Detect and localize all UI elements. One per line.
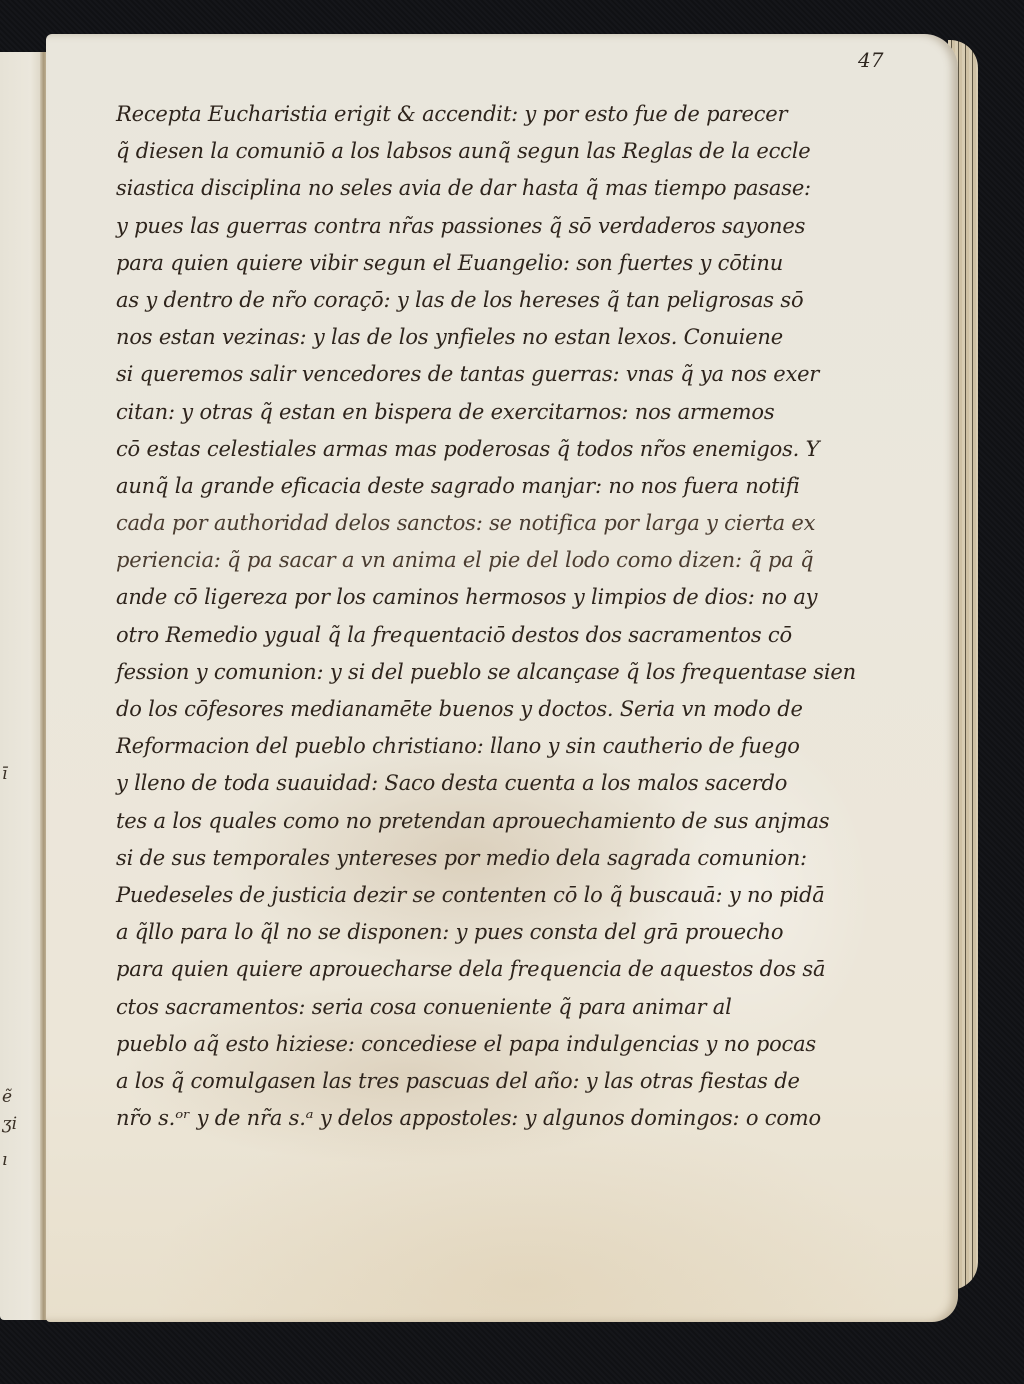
text-line: citan: y otras q̃ estan en bispera de ex… — [116, 394, 916, 431]
left-margin-fragment: ʒi — [2, 1114, 17, 1134]
text-line: otro Remedio ygual q̃ la frequentaciō de… — [116, 617, 916, 654]
manuscript-scene: ī ẽ ʒi ı 47 Recepta Eucharistia erigit &… — [0, 0, 1024, 1384]
text-line: tes a los quales como no pretendan aprou… — [116, 803, 916, 840]
text-line: periencia: q̃ pa sacar a vn anima el pie… — [116, 542, 916, 579]
text-line: si queremos salir vencedores de tantas g… — [116, 356, 916, 393]
text-line: Puedeseles de justicia dezir se contente… — [116, 877, 916, 914]
text-line: siastica disciplina no seles avia de dar… — [116, 170, 916, 207]
text-line: fession y comunion: y si del pueblo se a… — [116, 654, 916, 691]
left-margin-fragment: ī — [2, 764, 7, 784]
text-line: para quien quiere aprouecharse dela freq… — [116, 951, 916, 988]
text-line: pueblo aq̃ esto hiziese: concediese el p… — [116, 1026, 916, 1063]
text-line: ande cō ligereza por los caminos hermoso… — [116, 579, 916, 616]
text-line: do los cōfesores medianamēte buenos y do… — [116, 691, 916, 728]
text-line: nos estan vezinas: y las de los ynfieles… — [116, 319, 916, 356]
text-line: y pues las guerras contra nr̃as passione… — [116, 208, 916, 245]
folio-number: 47 — [858, 48, 883, 72]
left-page: ī ẽ ʒi ı — [0, 52, 44, 1320]
text-line: a los q̃ comulgasen las tres pascuas del… — [116, 1063, 916, 1100]
text-line: a q̃llo para lo q̃l no se disponen: y pu… — [116, 914, 916, 951]
text-line: q̃ diesen la comuniō a los labsos aunq̃ … — [116, 133, 916, 170]
text-line: cō estas celestiales armas mas poderosas… — [116, 431, 916, 468]
text-line: Recepta Eucharistia erigit & accendit: y… — [116, 96, 916, 133]
text-line: si de sus temporales yntereses por medio… — [116, 840, 916, 877]
left-margin-fragment: ẽ — [2, 1087, 12, 1107]
manuscript-text: Recepta Eucharistia erigit & accendit: y… — [116, 96, 916, 1137]
text-line: aunq̃ la grande eficacia deste sagrado m… — [116, 468, 916, 505]
text-line: y lleno de toda suauidad: Saco desta cue… — [116, 765, 916, 802]
text-line: Reformacion del pueblo christiano: llano… — [116, 728, 916, 765]
text-line: cada por authoridad delos sanctos: se no… — [116, 505, 916, 542]
text-line: as y dentro de nr̃o coraçō: y las de los… — [116, 282, 916, 319]
text-line: para quien quiere vibir segun el Euangel… — [116, 245, 916, 282]
text-line: nr̃o s.ᵒʳ y de nr̃a s.ᵃ y delos appostol… — [116, 1100, 916, 1137]
left-margin-fragment: ı — [2, 1150, 7, 1170]
text-line: ctos sacramentos: seria cosa conueniente… — [116, 989, 916, 1026]
